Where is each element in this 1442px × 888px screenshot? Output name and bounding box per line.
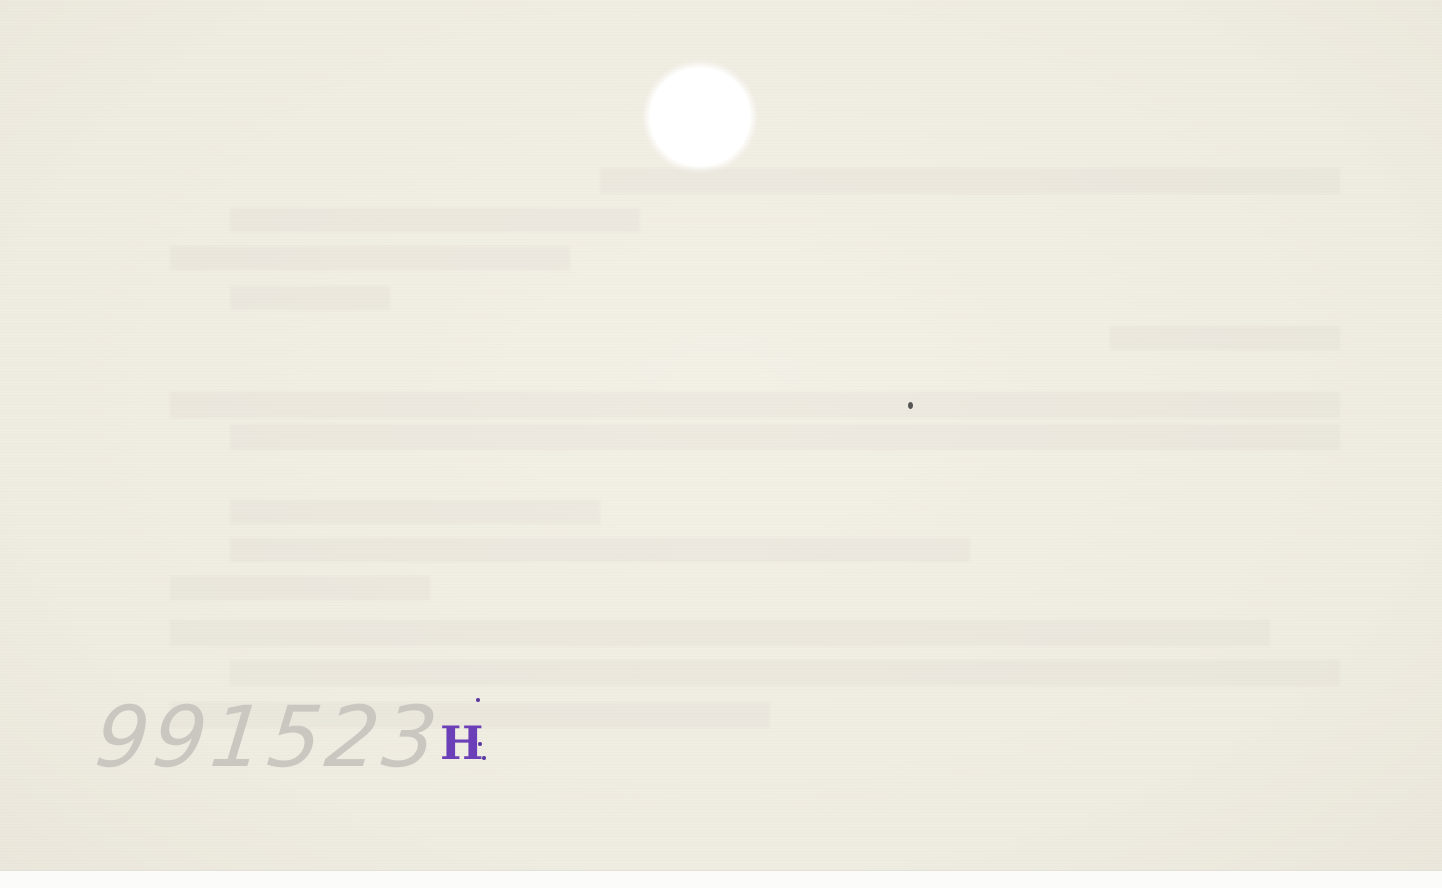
show-through-text [170, 392, 1340, 418]
show-through-text [230, 660, 1340, 686]
ink-dot [478, 742, 482, 746]
handwritten-inventory-number: 991523 [91, 688, 446, 786]
show-through-text [230, 538, 970, 562]
catalog-card-back: 991523 Н [0, 0, 1442, 870]
show-through-text [170, 576, 430, 600]
ink-dot [482, 756, 486, 760]
punch-hole [649, 67, 751, 167]
show-through-text [170, 620, 1270, 646]
show-through-text [170, 246, 570, 270]
show-through-text [230, 500, 600, 524]
show-through-text [230, 208, 640, 232]
show-through-text [230, 286, 390, 310]
card-bottom-edge [0, 870, 1442, 888]
show-through-text [230, 424, 1340, 450]
ink-stamp-mark: Н [440, 716, 483, 770]
show-through-text [600, 168, 1340, 194]
ink-dot [476, 698, 480, 702]
show-through-text [1110, 326, 1340, 350]
ink-speck [908, 402, 913, 409]
